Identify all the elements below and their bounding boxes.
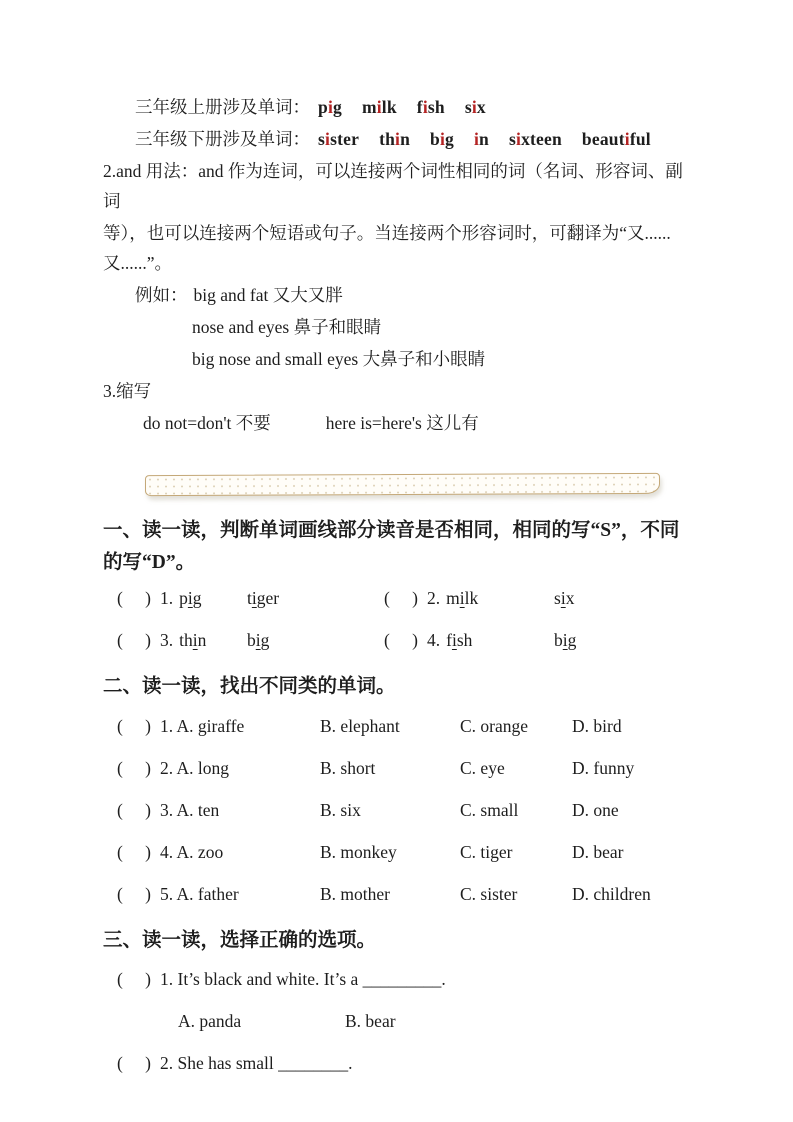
question-option: B. elephant bbox=[320, 715, 460, 737]
letter: b bbox=[430, 129, 440, 149]
question-option: D. one bbox=[572, 799, 619, 821]
question-option: C. sister bbox=[460, 883, 572, 905]
divider-ribbon bbox=[145, 472, 667, 498]
letter: u bbox=[609, 129, 619, 149]
letter: b bbox=[582, 129, 592, 149]
question-words: 2.milk bbox=[427, 587, 554, 609]
question-row: ()1. It’s black and white. It’s a ______… bbox=[103, 968, 693, 990]
word: big bbox=[430, 129, 454, 149]
paren-close: ) bbox=[145, 629, 151, 651]
question: ()4.fishbig bbox=[384, 629, 576, 651]
letter: l bbox=[646, 129, 651, 149]
word: thin bbox=[179, 630, 206, 650]
paren-close: ) bbox=[145, 1052, 151, 1074]
vocab-line: 三年级下册涉及单词：sisterthinbiginsixteenbeautifu… bbox=[103, 124, 693, 154]
examples-label: 例如： bbox=[135, 285, 188, 305]
abbr-item: do not=don't 不要 bbox=[143, 413, 271, 433]
answer-parens: () bbox=[117, 968, 151, 990]
letter: s bbox=[554, 588, 561, 608]
section2-heading: 二、读一读，找出不同类的单词。 bbox=[103, 671, 693, 703]
vocab-label: 三年级下册涉及单词： bbox=[135, 129, 310, 149]
paren-open: ( bbox=[117, 799, 123, 821]
section1-heading: 一、读一读，判断单词画线部分读音是否相同，相同的写“S”，不同的写“D”。 bbox=[103, 515, 693, 579]
letter: e bbox=[343, 129, 351, 149]
question-number: 4. bbox=[427, 630, 440, 650]
paren-open: ( bbox=[117, 715, 123, 737]
answer-parens: () bbox=[384, 587, 418, 609]
abbr-title: 3.缩写 bbox=[103, 376, 693, 406]
word: fish bbox=[446, 630, 472, 650]
letter: s bbox=[509, 129, 516, 149]
letter: h bbox=[184, 630, 193, 650]
question-option: B. six bbox=[320, 799, 460, 821]
letter: h bbox=[435, 97, 445, 117]
example-text: big nose and small eyes 大鼻子和小眼睛 bbox=[192, 349, 485, 369]
word: big bbox=[247, 629, 269, 651]
section3-heading: 三、读一读，选择正确的选项。 bbox=[103, 925, 693, 957]
question-number: 2. bbox=[427, 588, 440, 608]
question-row: ()2. A. longB. shortC. eyeD. funny bbox=[103, 757, 693, 779]
paren-open: ( bbox=[117, 841, 123, 863]
worksheet-page: 三年级上册涉及单词：pigmilkfishsix三年级下册涉及单词：sister… bbox=[0, 0, 793, 1122]
question-option: 2. A. long bbox=[160, 757, 320, 779]
letter: e bbox=[544, 129, 552, 149]
and-usage-line: 2.and 用法：and 作为连词，可以连接两个词性相同的词（名词、形容词、副词 bbox=[103, 156, 693, 216]
word: sister bbox=[318, 129, 359, 149]
vocab-label: 三年级上册涉及单词： bbox=[135, 97, 310, 117]
paren-open: ( bbox=[117, 968, 123, 990]
letter: a bbox=[600, 129, 609, 149]
letter: h bbox=[385, 129, 395, 149]
word: beautiful bbox=[582, 129, 651, 149]
question-options: A. pandaB. bear bbox=[103, 1010, 693, 1032]
letter: s bbox=[457, 630, 464, 650]
paren-open: ( bbox=[117, 587, 123, 609]
section1-questions: ()1.pigtiger()2.milksix()3.thinbig()4.fi… bbox=[103, 587, 693, 651]
letter: g bbox=[445, 129, 454, 149]
question-row: ()2. She has small ________. bbox=[103, 1052, 693, 1074]
question-option: B. mother bbox=[320, 883, 460, 905]
answer-parens: () bbox=[117, 629, 151, 651]
question-row: ()3.thinbig()4.fishbig bbox=[103, 629, 693, 651]
paren-close: ) bbox=[145, 757, 151, 779]
letter: p bbox=[179, 588, 188, 608]
paren-open: ( bbox=[117, 1052, 123, 1074]
letter: e bbox=[592, 129, 600, 149]
divider-ribbon-shape bbox=[145, 473, 660, 496]
answer-parens: () bbox=[117, 1052, 151, 1074]
example-line: nose and eyes 鼻子和眼睛 bbox=[103, 312, 693, 342]
letter: g bbox=[261, 630, 270, 650]
answer-parens: () bbox=[117, 799, 151, 821]
paren-close: ) bbox=[145, 883, 151, 905]
section3-questions: ()1. It’s black and white. It’s a ______… bbox=[103, 968, 693, 1074]
letter: s bbox=[318, 129, 325, 149]
paren-open: ( bbox=[384, 629, 390, 651]
letter: s bbox=[428, 97, 435, 117]
abbr-line: do not=don't 不要here is=here's 这儿有 bbox=[103, 408, 693, 438]
letter: r bbox=[351, 129, 359, 149]
question-option: C. eye bbox=[460, 757, 572, 779]
question-option: D. children bbox=[572, 883, 651, 905]
question-row: ()1. A. giraffeB. elephantC. orangeD. bi… bbox=[103, 715, 693, 737]
paren-close: ) bbox=[145, 587, 151, 609]
paren-open: ( bbox=[117, 757, 123, 779]
question-text: 2. She has small ________. bbox=[160, 1052, 353, 1074]
paren-open: ( bbox=[117, 629, 123, 651]
letter: k bbox=[470, 588, 479, 608]
word: tiger bbox=[247, 587, 279, 609]
word: six bbox=[554, 587, 574, 609]
paren-close: ) bbox=[412, 587, 418, 609]
question-number: 1. bbox=[160, 588, 173, 608]
question-option: 4. A. zoo bbox=[160, 841, 320, 863]
example-text: big and fat 又大又胖 bbox=[194, 285, 343, 305]
section2-questions: ()1. A. giraffeB. elephantC. orangeD. bi… bbox=[103, 715, 693, 905]
paren-close: ) bbox=[145, 799, 151, 821]
letter: e bbox=[536, 129, 544, 149]
paren-open: ( bbox=[384, 587, 390, 609]
answer-parens: () bbox=[117, 587, 151, 609]
letter: n bbox=[479, 129, 489, 149]
question-option: C. orange bbox=[460, 715, 572, 737]
question-row: ()5. A. fatherB. motherC. sisterD. child… bbox=[103, 883, 693, 905]
question-option: 3. A. ten bbox=[160, 799, 320, 821]
letter: b bbox=[247, 630, 256, 650]
word: sixteen bbox=[509, 129, 562, 149]
answer-parens: () bbox=[117, 883, 151, 905]
question-words: 3.thin bbox=[160, 629, 247, 651]
answer-parens: () bbox=[117, 757, 151, 779]
letter: x bbox=[521, 129, 530, 149]
letter: n bbox=[552, 129, 562, 149]
letter: m bbox=[446, 588, 460, 608]
answer-parens: () bbox=[117, 715, 151, 737]
paren-close: ) bbox=[145, 841, 151, 863]
letter: g bbox=[257, 588, 266, 608]
question-row: ()1.pigtiger()2.milksix bbox=[103, 587, 693, 609]
question-number: 3. bbox=[160, 630, 173, 650]
word: big bbox=[554, 629, 576, 651]
word: six bbox=[465, 97, 486, 117]
paren-close: ) bbox=[145, 968, 151, 990]
word: in bbox=[474, 129, 489, 149]
letter: m bbox=[362, 97, 377, 117]
vocab-line: 三年级上册涉及单词：pigmilkfishsix bbox=[103, 92, 693, 122]
question-row: ()4. A. zooB. monkeyC. tigerD. bear bbox=[103, 841, 693, 863]
question-option: B. bear bbox=[345, 1011, 396, 1031]
letter: p bbox=[318, 97, 328, 117]
letter: b bbox=[554, 630, 563, 650]
notes-block: 三年级上册涉及单词：pigmilkfishsix三年级下册涉及单词：sister… bbox=[103, 92, 693, 438]
question-option: B. monkey bbox=[320, 841, 460, 863]
paren-close: ) bbox=[145, 715, 151, 737]
word: pig bbox=[318, 97, 342, 117]
abbr-item: here is=here's 这儿有 bbox=[326, 413, 479, 433]
letter: x bbox=[477, 97, 486, 117]
letter: g bbox=[193, 588, 202, 608]
question-option: 5. A. father bbox=[160, 883, 320, 905]
word: milk bbox=[362, 97, 397, 117]
answer-parens: () bbox=[384, 629, 418, 651]
word: thin bbox=[379, 129, 410, 149]
example-line: 例如：big and fat 又大又胖 bbox=[103, 280, 693, 310]
letter: u bbox=[636, 129, 646, 149]
question-option: C. small bbox=[460, 799, 572, 821]
question-option: B. short bbox=[320, 757, 460, 779]
question-option: C. tiger bbox=[460, 841, 572, 863]
letter: g bbox=[568, 630, 577, 650]
answer-parens: () bbox=[117, 841, 151, 863]
paren-open: ( bbox=[117, 883, 123, 905]
question-text: 1. It’s black and white. It’s a ________… bbox=[160, 968, 446, 990]
paren-close: ) bbox=[412, 629, 418, 651]
word: pig bbox=[179, 588, 201, 608]
question: ()2.milksix bbox=[384, 587, 574, 609]
letter: h bbox=[464, 630, 473, 650]
and-usage-line: 等），也可以连接两个短语或句子。当连接两个形容词时，可翻译为“又......又.… bbox=[103, 218, 693, 278]
question-option: D. bird bbox=[572, 715, 622, 737]
question-option: D. bear bbox=[572, 841, 624, 863]
letter: s bbox=[465, 97, 472, 117]
example-text: nose and eyes 鼻子和眼睛 bbox=[192, 317, 381, 337]
example-line: big nose and small eyes 大鼻子和小眼睛 bbox=[103, 344, 693, 374]
vocab-lines: 三年级上册涉及单词：pigmilkfishsix三年级下册涉及单词：sister… bbox=[103, 92, 693, 154]
letter: r bbox=[273, 588, 279, 608]
question-row: ()3. A. tenB. sixC. smallD. one bbox=[103, 799, 693, 821]
letter: g bbox=[333, 97, 342, 117]
letter: n bbox=[198, 630, 207, 650]
word: fish bbox=[417, 97, 445, 117]
question-words: 1.pig bbox=[160, 587, 247, 609]
question-words: 4.fish bbox=[427, 629, 554, 651]
letter: x bbox=[566, 588, 575, 608]
letter: n bbox=[400, 129, 410, 149]
examples-block: 例如：big and fat 又大又胖nose and eyes 鼻子和眼睛bi… bbox=[103, 280, 693, 374]
question: ()3.thinbig bbox=[117, 629, 384, 651]
question-option: 1. A. giraffe bbox=[160, 715, 320, 737]
question: ()1.pigtiger bbox=[117, 587, 384, 609]
question-option: D. funny bbox=[572, 757, 634, 779]
question-option: A. panda bbox=[178, 1010, 345, 1032]
word: milk bbox=[446, 588, 478, 608]
letter: k bbox=[387, 97, 397, 117]
